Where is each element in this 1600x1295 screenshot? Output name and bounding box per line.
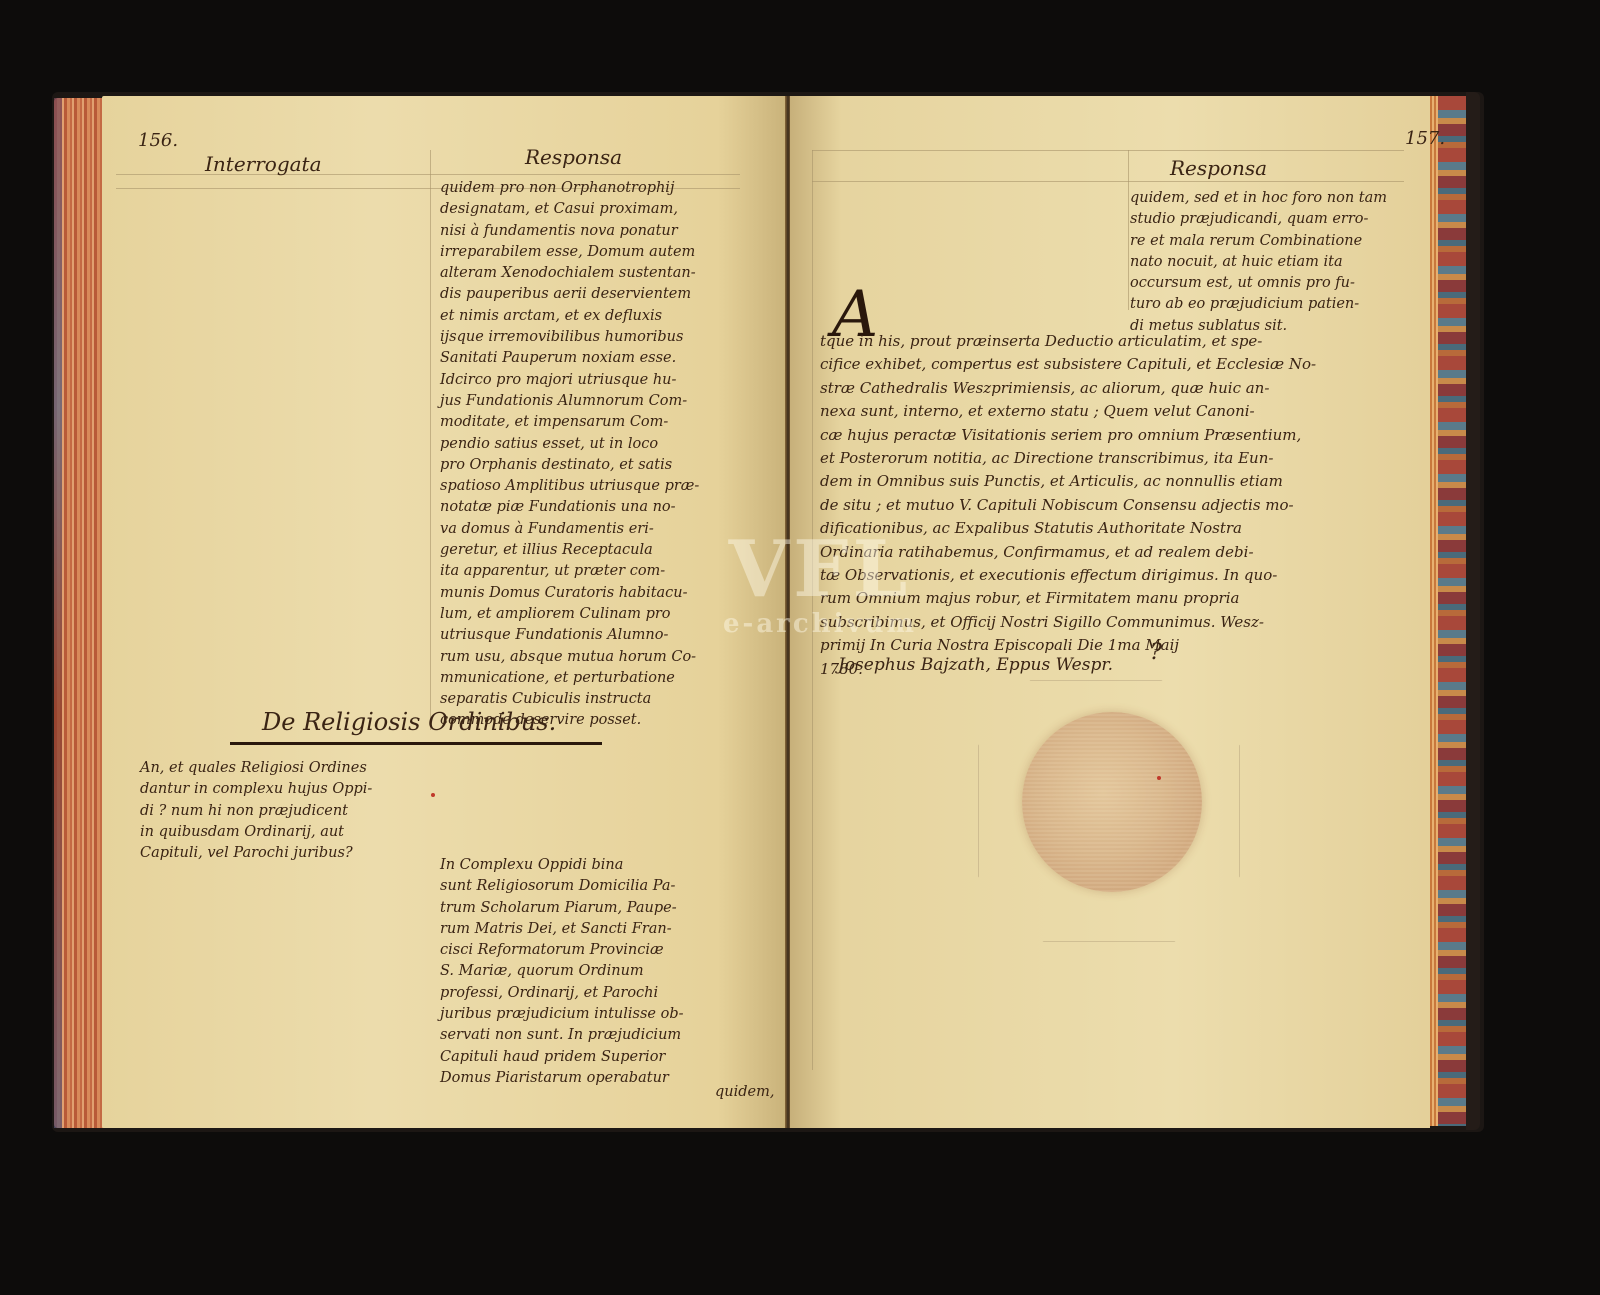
manuscript-line: professi, Ordinarij, et Parochi <box>440 983 684 1004</box>
manuscript-line: et Posterorum notitia, ac Directione tra… <box>820 447 1316 470</box>
manuscript-line: quidem, sed et in hoc foro non tam <box>1130 188 1387 209</box>
archive-watermark: VFL e-archivum <box>690 530 950 670</box>
responsum-text: In Complexu Oppidi binasunt Religiosorum… <box>440 855 684 1089</box>
cover-board <box>1466 92 1480 1130</box>
manuscript-line: nexa sunt, interno, et externo statu ; Q… <box>820 400 1316 423</box>
manuscript-line: ita apparentur, ut præter com- <box>440 561 699 582</box>
manuscript-line: pendio satius esset, ut in loco <box>440 434 699 455</box>
watermark-logo: VFL <box>690 530 950 610</box>
column-divider <box>430 150 431 730</box>
manuscript-line: de situ ; et mutuo V. Capituli Nobiscum … <box>820 494 1316 517</box>
manuscript-line: munis Domus Curatoris habitacu- <box>440 583 699 604</box>
watermark-text: e-archivum <box>690 610 950 638</box>
manuscript-line: Capituli, vel Parochi juribus? <box>140 843 372 864</box>
header-rule-top-right <box>812 150 1404 151</box>
right-page-edge <box>1430 96 1482 1126</box>
page-number-left: 156. <box>138 130 178 151</box>
manuscript-line: dem in Omnibus suis Punctis, et Articuli… <box>820 470 1316 493</box>
manuscript-line: rum Matris Dei, et Sancti Fran- <box>440 919 684 940</box>
manuscript-line: tque in his, prout præinserta Deductio a… <box>820 330 1316 353</box>
manuscript-line: occursum est, ut omnis pro fu- <box>1130 273 1387 294</box>
manuscript-line: utriusque Fundationis Alumno- <box>440 625 699 646</box>
manuscript-line: cifice exhibet, compertus est subsistere… <box>820 353 1316 376</box>
margin-mark: ? <box>1150 640 1162 665</box>
manuscript-line: notatæ piæ Fundationis una no- <box>440 497 699 518</box>
manuscript-line: studio præjudicandi, quam erro- <box>1130 209 1387 230</box>
manuscript-line: rum usu, absque mutua horum Co- <box>440 647 699 668</box>
page-edge-stripe <box>1430 96 1438 1126</box>
manuscript-line: ijsque irremovibilibus humoribus <box>440 327 699 348</box>
manuscript-line: lum, et ampliorem Culinam pro <box>440 604 699 625</box>
manuscript-line: in quibusdam Ordinarij, aut <box>140 822 372 843</box>
manuscript-line: alteram Xenodochialem sustentan- <box>440 263 699 284</box>
manuscript-line: trum Scholarum Piarum, Paupe- <box>440 898 684 919</box>
manuscript-line: irreparabilem esse, Domum autem <box>440 242 699 263</box>
manuscript-line: Capituli haud pridem Superior <box>440 1047 684 1068</box>
manuscript-line: Sanitati Pauperum noxiam esse. <box>440 348 699 369</box>
manuscript-line: designatam, et Casui proximam, <box>440 199 699 220</box>
manuscript-line: mmunicatione, et perturbatione <box>440 668 699 689</box>
column-divider-right <box>1128 150 1129 310</box>
manuscript-line: turo ab eo præjudicium patien- <box>1130 294 1387 315</box>
manuscript-line: et nimis arctam, et ex defluxis <box>440 306 699 327</box>
marbled-endpaper <box>1438 96 1466 1126</box>
manuscript-line: servati non sunt. In præjudicium <box>440 1025 684 1046</box>
responsa-text-right: quidem, sed et in hoc foro non tamstudio… <box>1130 188 1387 337</box>
manuscript-line: spatioso Amplitibus utriusque præ- <box>440 476 699 497</box>
manuscript-line: juribus præjudicium intulisse ob- <box>440 1004 684 1025</box>
section-title-underline <box>230 742 602 745</box>
column-header-responsa: Responsa <box>525 145 622 169</box>
manuscript-line: Domus Piaristarum operabatur <box>440 1068 684 1089</box>
manuscript-line: nato nocuit, at huic etiam ita <box>1130 252 1387 273</box>
manuscript-line: dis pauperibus aerii deservientem <box>440 284 699 305</box>
manuscript-line: moditate, et impensarum Com- <box>440 412 699 433</box>
ink-spot <box>431 793 435 797</box>
manuscript-line: dantur in complexu hujus Oppi- <box>140 779 372 800</box>
manuscript-line: di ? num hi non præjudicent <box>140 801 372 822</box>
manuscript-line: nisi à fundamentis nova ponatur <box>440 221 699 242</box>
manuscript-line: sunt Religiosorum Domicilia Pa- <box>440 876 684 897</box>
manuscript-line: geretur, et illius Receptacula <box>440 540 699 561</box>
manuscript-line: jus Fundationis Alumnorum Com- <box>440 391 699 412</box>
manuscript-line: S. Mariæ, quorum Ordinum <box>440 961 684 982</box>
manuscript-line: cisci Reformatorum Provinciæ <box>440 940 684 961</box>
column-header-responsa-right: Responsa <box>1170 156 1267 180</box>
column-header-interrogata: Interrogata <box>205 152 322 176</box>
left-page-stack-edge <box>54 98 104 1128</box>
section-title: De Religiosis Ordinibus. <box>262 708 556 736</box>
manuscript-line: stræ Cathedralis Weszprimiensis, ac alio… <box>820 377 1316 400</box>
manuscript-line: An, et quales Religiosi Ordines <box>140 758 372 779</box>
manuscript-line: re et mala rerum Combinatione <box>1130 231 1387 252</box>
manuscript-line: va domus à Fundamentis eri- <box>440 519 699 540</box>
interrogatum-text: An, et quales Religiosi Ordinesdantur in… <box>140 758 372 864</box>
responsa-text-left: quidem pro non Orphanotrophijdesignatam,… <box>440 178 699 732</box>
page-number-right: 157. <box>1405 128 1445 149</box>
wax-seal <box>1022 712 1202 892</box>
manuscript-line: In Complexu Oppidi bina <box>440 855 684 876</box>
manuscript-line: pro Orphanis destinato, et satis <box>440 455 699 476</box>
catchword: quidem, <box>715 1082 774 1103</box>
manuscript-line: Idcirco pro majori utriusque hu- <box>440 370 699 391</box>
manuscript-line: cæ hujus peractæ Visitationis seriem pro… <box>820 424 1316 447</box>
manuscript-line: quidem pro non Orphanotrophij <box>440 178 699 199</box>
header-rule-bottom-right <box>812 181 1404 182</box>
seal-red-spot <box>1157 776 1161 780</box>
